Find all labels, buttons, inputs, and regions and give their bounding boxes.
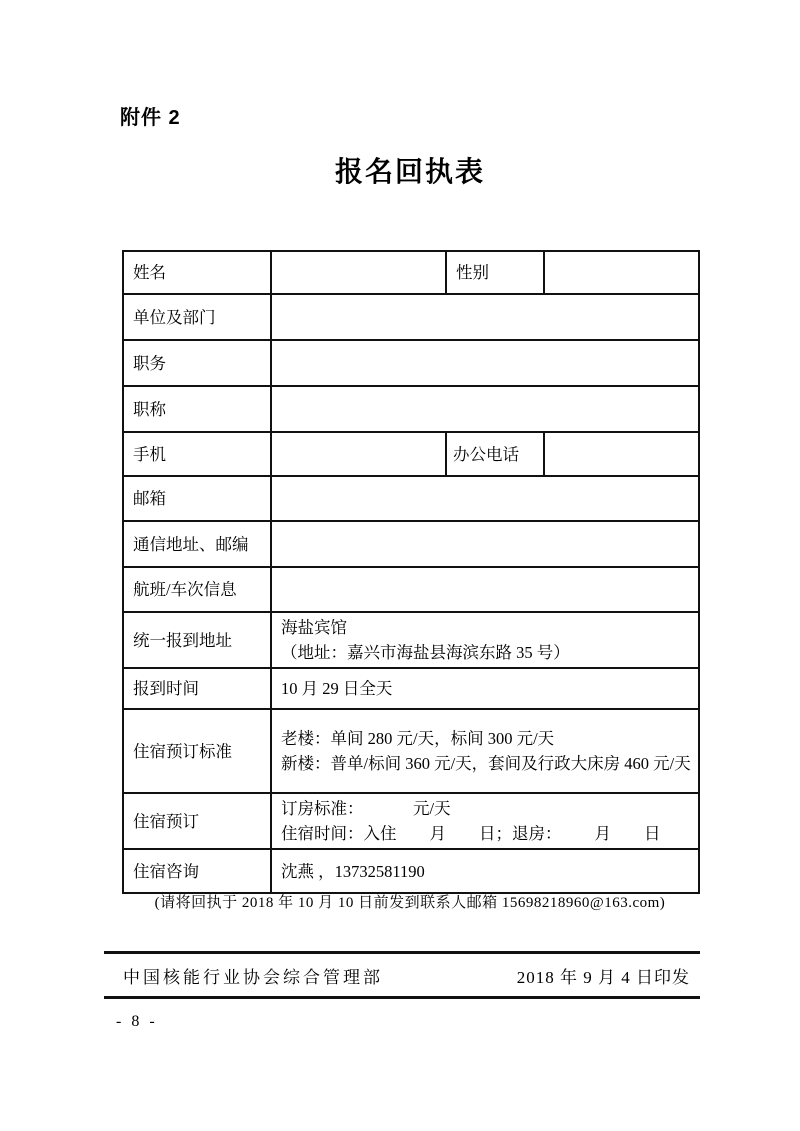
table-row: 邮箱 — [123, 476, 699, 521]
table-row: 住宿预订标准 老楼：单间 280 元/天，标间 300 元/天新楼：普单/标间 … — [123, 709, 699, 793]
document-page: 附件 2 报名回执表 姓名 性别 单位及部门 职务 职称 — [0, 0, 800, 1131]
consult-value: 沈燕 ，13732581190 — [271, 849, 699, 893]
checkin-time-value: 10 月 29 日全天 — [271, 668, 699, 709]
job-title-label: 职称 — [123, 386, 271, 432]
table-row: 手机 办公电话 — [123, 432, 699, 476]
footer-issue-date: 2018 年 9 月 4 日印发 — [517, 963, 690, 988]
page-title: 报名回执表 — [122, 150, 698, 190]
job-title-field-cell — [271, 386, 699, 432]
office-phone-field-cell — [544, 432, 699, 476]
name-label: 姓名 — [123, 251, 271, 294]
room-rate-line1: 老楼：单间 280 元/天，标间 300 元/天 — [281, 726, 692, 751]
mobile-field-cell — [271, 432, 446, 476]
checkin-address-line2: （地址：嘉兴市海盐县海滨东路 35 号） — [281, 640, 692, 665]
checkin-address-line1: 海盐宾馆 — [281, 615, 692, 640]
gender-field-cell — [544, 251, 699, 294]
mail-address-field-cell — [271, 521, 699, 567]
mobile-label: 手机 — [123, 432, 271, 476]
email-field-cell — [271, 476, 699, 521]
submission-note: (请将回执于 2018 年 10 月 10 日前发到联系人邮箱 15698218… — [110, 891, 710, 912]
room-rate-label: 住宿预订标准 — [123, 709, 271, 793]
table-row: 姓名 性别 — [123, 251, 699, 294]
room-rate-line2: 新楼：普单/标间 360 元/天，套间及行政大床房 460 元/天 — [281, 751, 692, 776]
table-row: 住宿预订 订房标准： 元/天住宿时间：入住 月 日；退房： 月 日 — [123, 793, 699, 849]
booking-label: 住宿预订 — [123, 793, 271, 849]
unit-field-cell — [271, 294, 699, 340]
gender-label: 性别 — [446, 251, 544, 294]
checkin-time-label: 报到时间 — [123, 668, 271, 709]
attachment-label: 附件 2 — [120, 101, 181, 130]
checkin-address-value: 海盐宾馆（地址：嘉兴市海盐县海滨东路 35 号） — [271, 612, 699, 668]
table-row: 职称 — [123, 386, 699, 432]
table-row: 职务 — [123, 340, 699, 386]
registration-form-table: 姓名 性别 单位及部门 职务 职称 手机 办公电话 — [122, 250, 700, 894]
footer: 中国核能行业协会综合管理部 2018 年 9 月 4 日印发 — [104, 954, 700, 996]
name-field-cell — [271, 251, 446, 294]
consult-label: 住宿咨询 — [123, 849, 271, 893]
email-label: 邮箱 — [123, 476, 271, 521]
flight-label: 航班/车次信息 — [123, 567, 271, 612]
mail-address-label: 通信地址、邮编 — [123, 521, 271, 567]
table-row: 单位及部门 — [123, 294, 699, 340]
table-row: 统一报到地址 海盐宾馆（地址：嘉兴市海盐县海滨东路 35 号） — [123, 612, 699, 668]
flight-field-cell — [271, 567, 699, 612]
booking-value: 订房标准： 元/天住宿时间：入住 月 日；退房： 月 日 — [271, 793, 699, 849]
checkin-address-label: 统一报到地址 — [123, 612, 271, 668]
booking-line2: 住宿时间：入住 月 日；退房： 月 日 — [281, 821, 692, 846]
duty-label: 职务 — [123, 340, 271, 386]
table-row: 通信地址、邮编 — [123, 521, 699, 567]
page-number: - 8 - — [116, 1013, 158, 1031]
table-row: 报到时间 10 月 29 日全天 — [123, 668, 699, 709]
duty-field-cell — [271, 340, 699, 386]
table-row: 航班/车次信息 — [123, 567, 699, 612]
table-row: 住宿咨询 沈燕 ，13732581190 — [123, 849, 699, 893]
room-rate-value: 老楼：单间 280 元/天，标间 300 元/天新楼：普单/标间 360 元/天… — [271, 709, 699, 793]
footer-rule-bottom — [104, 996, 700, 999]
footer-issuer: 中国核能行业协会综合管理部 — [123, 963, 383, 988]
unit-label: 单位及部门 — [123, 294, 271, 340]
office-phone-label: 办公电话 — [446, 432, 544, 476]
booking-line1: 订房标准： 元/天 — [281, 796, 692, 821]
